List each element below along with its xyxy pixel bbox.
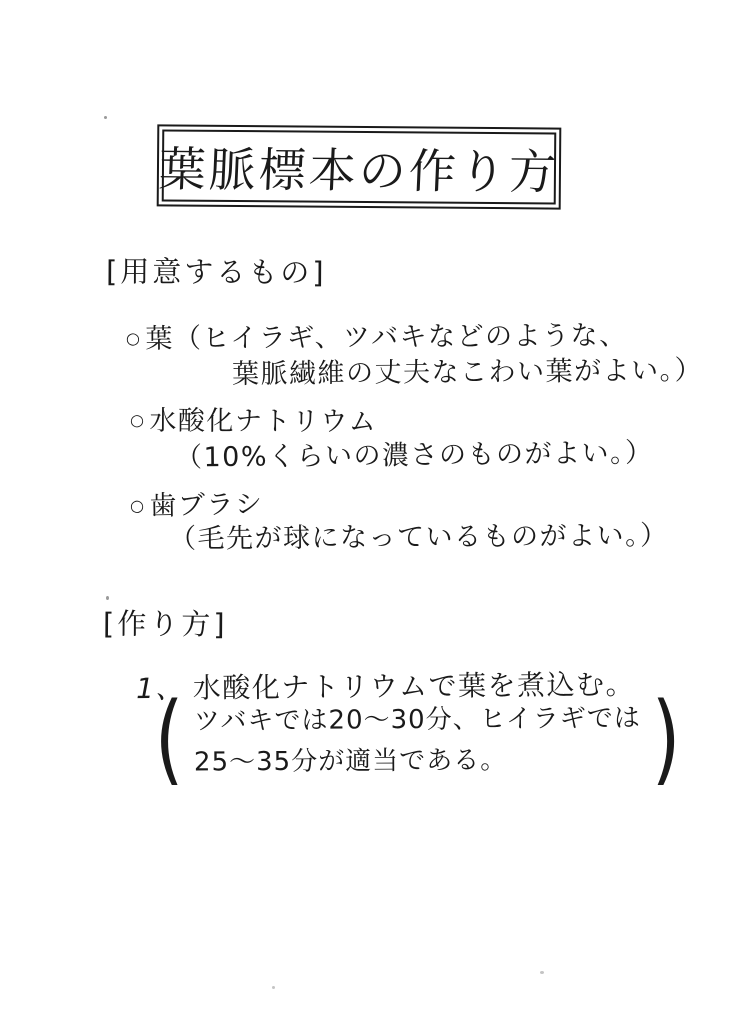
scan-speck (272, 986, 275, 989)
bullet-circle-icon: ○ (130, 496, 146, 515)
list-item-leaf-line2: 葉脈繊維の丈夫なこわい葉がよい。） (232, 348, 703, 391)
list-item-naoh-line1: ○水酸化ナトリウム (130, 398, 377, 438)
scan-speck (540, 971, 544, 974)
bullet-circle-icon: ○ (126, 329, 142, 348)
title-box-inner-border: 葉脈標本の作り方 (162, 129, 557, 204)
note-line1: ツバキでは20〜30分、ヒイラギでは (194, 698, 641, 742)
scan-speck (104, 116, 107, 119)
title-box: 葉脈標本の作り方 (157, 124, 562, 209)
note-text-block: ツバキでは20〜30分、ヒイラギでは 25〜35分が適当である。 (194, 698, 641, 782)
note-line2: 25〜35分が適当である。 (194, 739, 641, 783)
prepare-section-heading: [用意するもの] (106, 249, 327, 291)
close-paren-glyph: ) (652, 698, 681, 781)
step-1-note: ( ツバキでは20〜30分、ヒイラギでは 25〜35分が適当である。 ) (150, 698, 685, 782)
handwritten-document-page: 葉脈標本の作り方 [用意するもの] ○葉（ヒイラギ、ツバキなどのような、 葉脈繊… (0, 0, 736, 1015)
list-item-naoh-line2: （10%くらいの濃さのものがよい。） (175, 430, 654, 474)
scan-speck (106, 596, 109, 600)
list-item-toothbrush-line2: （毛先が球になっているものがよい。） (169, 513, 669, 555)
method-section-heading: [作り方] (103, 602, 228, 644)
page-title: 葉脈標本の作り方 (158, 132, 561, 202)
open-paren-glyph: ( (155, 698, 184, 781)
bullet-circle-icon: ○ (130, 410, 146, 429)
